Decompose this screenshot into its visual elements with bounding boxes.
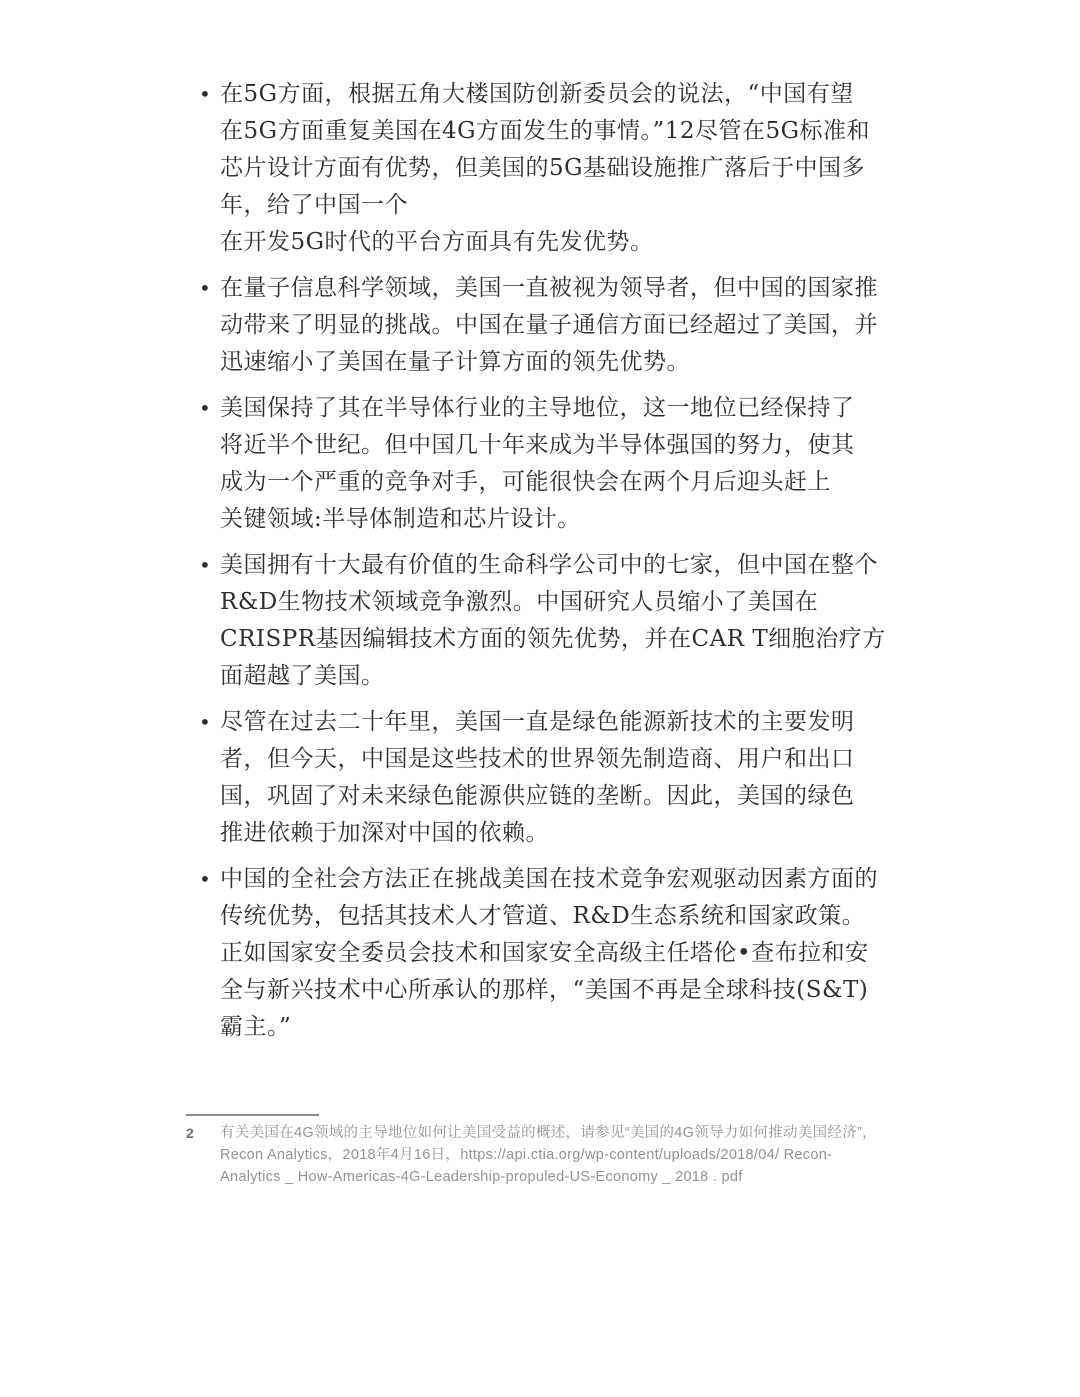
bullet-item: •在量子信息科学领域，美国一直被视为领导者，但中国的国家推动带来了明显的挑战。中…: [220, 270, 844, 381]
bullet-item: •在5G方面，根据五角大楼国防创新委员会的说法，“中国有望在5G方面重复美国在4…: [220, 76, 844, 261]
footnote-line: 有关美国在4G领域的主导地位如何让美国受益的概述，请参见“美国的4G领导力如何推…: [220, 1122, 877, 1144]
bullet-line: 在开发5G时代的平台方面具有先发优势。: [220, 224, 844, 261]
bullet-item: •美国拥有十大最有价值的生命科学公司中的七家，但中国在整个R&D生物技术领域竞争…: [220, 547, 844, 695]
bullet-line: 者，但今天，中国是这些技术的世界领先制造商、用户和出口: [220, 741, 844, 778]
bullet-marker-icon: •: [199, 270, 211, 307]
bullet-line: 关键领域:半导体制造和芯片设计。: [220, 501, 844, 538]
bullet-line: 迅速缩小了美国在量子计算方面的领先优势。: [220, 344, 844, 381]
footnote-line: Analytics _ How-Americas-4G-Leadership-p…: [220, 1166, 877, 1188]
bullet-line: 全与新兴技术中心所承认的那样，“美国不再是全球科技(S&T): [220, 972, 844, 1009]
bullet-line: 成为一个严重的竞争对手，可能很快会在两个月后迎头赶上: [220, 464, 844, 501]
bullet-line: 在5G方面重复美国在4G方面发生的事情。”12尽管在5G标准和: [220, 113, 844, 150]
bullet-line: 美国拥有十大最有价值的生命科学公司中的七家，但中国在整个: [220, 547, 844, 584]
bullet-item: •美国保持了其在半导体行业的主导地位，这一地位已经保持了将近半个世纪。但中国几十…: [220, 390, 844, 538]
bullet-line: 推进依赖于加深对中国的依赖。: [220, 815, 844, 852]
footnote-text: 有关美国在4G领域的主导地位如何让美国受益的概述，请参见“美国的4G领导力如何推…: [220, 1122, 877, 1188]
bullet-marker-icon: •: [199, 861, 211, 898]
bullet-line: 中国的全社会方法正在挑战美国在技术竞争宏观驱动因素方面的: [220, 861, 844, 898]
bullet-line: 正如国家安全委员会技术和国家安全高级主任塔伦•查布拉和安: [220, 935, 844, 972]
footnote-line: Recon Analytics，2018年4月16日，https://api.c…: [220, 1144, 877, 1166]
bullet-marker-icon: •: [199, 390, 211, 427]
bullet-line: CRISPR基因编辑技术方面的领先优势，并在CAR T细胞治疗方: [220, 621, 844, 658]
bullet-line: 面超越了美国。: [220, 658, 844, 695]
bullet-line: 动带来了明显的挑战。中国在量子通信方面已经超过了美国，并: [220, 307, 844, 344]
footnote: 2 有关美国在4G领域的主导地位如何让美国受益的概述，请参见“美国的4G领导力如…: [186, 1114, 846, 1188]
bullet-item: •尽管在过去二十年里，美国一直是绿色能源新技术的主要发明者，但今天，中国是这些技…: [220, 704, 844, 852]
bullet-line: R&D生物技术领域竞争激烈。中国研究人员缩小了美国在: [220, 584, 844, 621]
bullet-list: •在5G方面，根据五角大楼国防创新委员会的说法，“中国有望在5G方面重复美国在4…: [220, 76, 844, 1055]
bullet-line: 尽管在过去二十年里，美国一直是绿色能源新技术的主要发明: [220, 704, 844, 741]
footnote-number: 2: [186, 1122, 220, 1144]
bullet-line: 将近半个世纪。但中国几十年来成为半导体强国的努力，使其: [220, 427, 844, 464]
bullet-line: 霸主。”: [220, 1009, 844, 1046]
bullet-line: 国，巩固了对未来绿色能源供应链的垄断。因此，美国的绿色: [220, 778, 844, 815]
bullet-line: 美国保持了其在半导体行业的主导地位，这一地位已经保持了: [220, 390, 844, 427]
bullet-item: •中国的全社会方法正在挑战美国在技术竞争宏观驱动因素方面的传统优势，包括其技术人…: [220, 861, 844, 1046]
bullet-line: 在5G方面，根据五角大楼国防创新委员会的说法，“中国有望: [220, 76, 844, 113]
bullet-line: 年，给了中国一个: [220, 187, 844, 224]
bullet-marker-icon: •: [199, 76, 211, 113]
bullet-line: 传统优势，包括其技术人才管道、R&D生态系统和国家政策。: [220, 898, 844, 935]
document-page: •在5G方面，根据五角大楼国防创新委员会的说法，“中国有望在5G方面重复美国在4…: [0, 0, 1080, 1397]
bullet-line: 芯片设计方面有优势，但美国的5G基础设施推广落后于中国多: [220, 150, 844, 187]
footnote-divider: [186, 1114, 319, 1116]
bullet-marker-icon: •: [199, 704, 211, 741]
bullet-line: 在量子信息科学领域，美国一直被视为领导者，但中国的国家推: [220, 270, 844, 307]
bullet-marker-icon: •: [199, 547, 211, 584]
